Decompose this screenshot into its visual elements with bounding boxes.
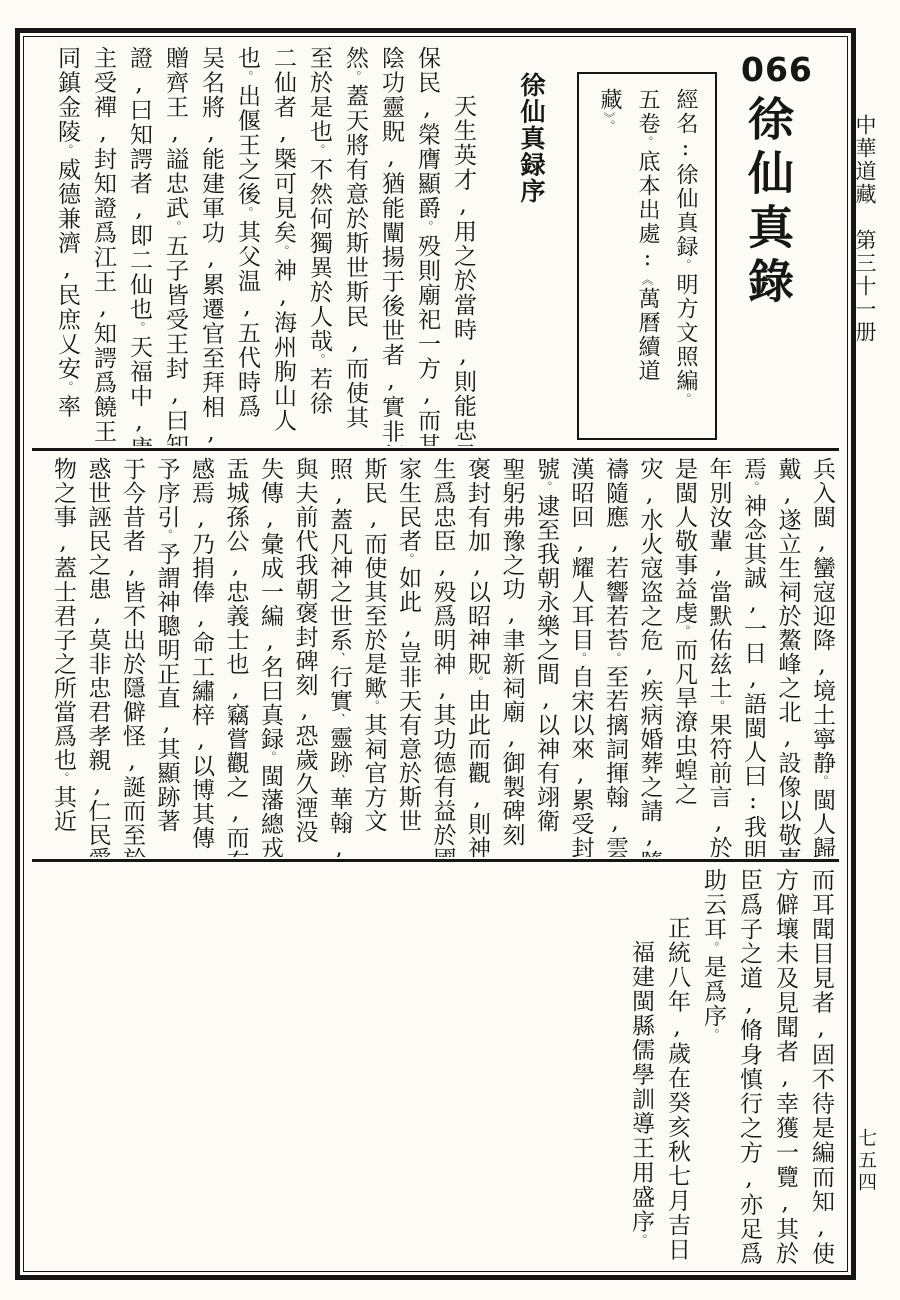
text-column: 斯民,而使其至於是歟。其祠官方文: [356, 457, 391, 853]
text-column: 戴,遂立生祠於鰲峰之北,設像以敬事: [770, 457, 805, 853]
content-frame-inner: 066 徐仙真錄 經名:徐仙真録。明方文照編。五卷。底本出處:《萬曆續道藏》。 …: [23, 36, 848, 1272]
text-column: 生爲忠臣,殁爲明神,其功德有益於國: [425, 457, 460, 853]
band-separator: [32, 859, 839, 862]
band-top: 066 徐仙真錄 經名:徐仙真録。明方文照編。五卷。底本出處:《萬曆續道藏》。 …: [30, 42, 841, 446]
text-column: 也。出偃王之後。其父温,五代時爲: [229, 46, 265, 442]
text-column: 感焉,乃捐俸,命工繡梓,以博其傳,命: [184, 457, 219, 853]
text-column: 與夫前代我朝褒封碑刻,恐歲久湮没: [287, 457, 322, 853]
text-column: 物之事,蓋士君子之所當爲也。其近: [46, 457, 81, 853]
text-column: 保民,榮膺顯爵。殁則廟祀一方,而其: [409, 46, 445, 442]
masthead: 066 徐仙真錄: [741, 50, 795, 370]
band-bottom: 而耳聞目見者,固不待是編而知,使遐方僻壤未及見聞者,幸獲一覽,其於爲臣爲子之道,…: [30, 864, 841, 1266]
text-column: 禱隨應,若響若苔。至若摛詞揮翰,雲: [598, 457, 633, 853]
text-column: 吴名將,能建軍功,累遷官至拜相,卒: [193, 46, 229, 442]
catalog-number: 066: [741, 50, 795, 89]
text-column: 聖躬弗豫之功,聿新祠廟,御製碑刻,: [494, 457, 529, 853]
metadata-box: 經名:徐仙真録。明方文照編。五卷。底本出處:《萬曆續道藏》。: [577, 72, 717, 440]
text-column: 盂城孫公,忠義士也,竊嘗觀之,而有: [218, 457, 253, 853]
text-column: 天生英才,用之於當時,則能忠君: [445, 46, 481, 442]
text-column: 福建閩縣儒學訓導王用盛序。: [623, 868, 659, 1262]
text-column: 二仙者,槩可見矣。神,海州朐山人: [265, 46, 301, 442]
content-frame: 066 徐仙真錄 經名:徐仙真録。明方文照編。五卷。底本出處:《萬曆續道藏》。 …: [15, 28, 856, 1280]
text-column: 臣爲子之道,脩身慎行之方,亦足爲一: [731, 868, 767, 1262]
text-column: 褒封有加,以昭神貺。由此而觀,則神: [460, 457, 495, 853]
text-column: 同鎮金陵。威德兼濟,民庶乂安。率: [49, 46, 85, 442]
band-separator: [32, 448, 839, 451]
text-column: 方僻壤未及見聞者,幸獲一覽,其於爲: [767, 868, 803, 1262]
text-column: 五卷。底本出處:《萬曆續道: [628, 88, 666, 424]
text-column: 證,曰知諤者,即二仙也。天福中,唐: [121, 46, 157, 442]
preface-title: 徐仙真録序: [511, 46, 551, 442]
text-column: 惑世誣民之患,莫非忠君孝親,仁民愛: [80, 457, 115, 853]
page-number: 七五四: [853, 1128, 879, 1194]
band-middle: 兵入閩,蠻寇迎降,境土寧静。閩人歸戴,遂立生祠於鰲峰之北,設像以敬事焉。神念其誠…: [30, 453, 841, 857]
text-column: 經名:徐仙真録。明方文照編。: [666, 88, 704, 424]
text-column: 家生民者。如此,豈非天有意於斯世: [391, 457, 426, 853]
book-title: 徐仙真錄: [741, 95, 795, 311]
text-column: 而耳聞目見者,固不待是編而知,使遐: [803, 868, 839, 1262]
text-column: 失傳,彙成一編,名曰真録。閩藩總戎: [253, 457, 288, 853]
text-column: 照,蓋凡神之世系、行實、靈跡、華翰,: [322, 457, 357, 853]
text-column: 年別汝輩,當默佑兹土。果符前言,於: [701, 457, 736, 853]
text-column: 正統八年,歲在癸亥秋七月吉日,: [659, 868, 695, 1262]
text-column: 予序引。予謂神聰明正直,其顯跡著: [149, 457, 184, 853]
text-column: 灾,水火寇盗之危,疾病婚葬之請,隨: [632, 457, 667, 853]
book-page: 中華道藏 第三十一册 七五四 066 徐仙真錄 經名:徐仙真録。明方文照編。五卷…: [0, 0, 900, 1300]
text-column: 焉。神念其誠,一日,語閩人曰:我明: [736, 457, 771, 853]
text-column: 助云耳。是爲序。: [695, 868, 731, 1262]
text-column: 是閩人敬事益虔。而凡旱潦虫蝗之: [667, 457, 702, 853]
text-column: 然。蓋天將有意於斯世斯民,而使其: [337, 46, 373, 442]
text-column: 主受禪,封知證爲江王,知諤爲饒王,: [85, 46, 121, 442]
text-column: 于今昔者,皆不出於隱僻怪,誕而至於: [115, 457, 150, 853]
preface-text-top: 天生英才,用之於當時,則能忠君保民,榮膺顯爵。殁則廟祀一方,而其陰功靈貺,猶能闡…: [49, 46, 481, 442]
text-column: 號。逮至我朝永樂之間,以神有翊衛: [529, 457, 564, 853]
text-column: 至於是也。不然何獨異於人哉。若徐: [301, 46, 337, 442]
text-column: 贈齊王,謚忠武。五子皆受王封,曰知: [157, 46, 193, 442]
text-column: 兵入閩,蠻寇迎降,境土寧静。閩人歸: [805, 457, 840, 853]
text-column: 陰功靈貺,猶能闡揚于後世者,實非偶: [373, 46, 409, 442]
text-column: 藏》。: [590, 88, 628, 424]
text-column: 漢昭回,耀人耳目。自宋以來,累受封: [563, 457, 598, 853]
